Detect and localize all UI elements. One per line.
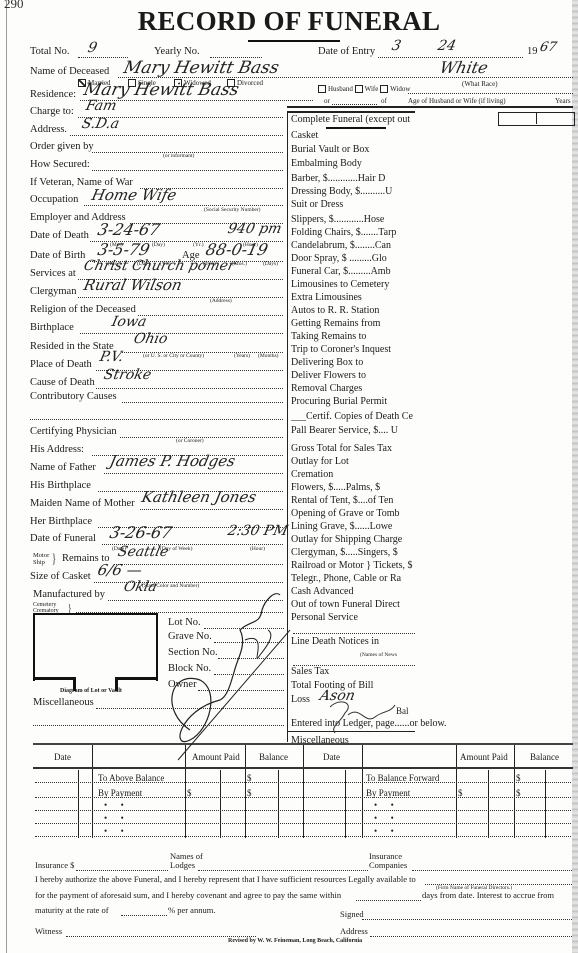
lot-misc-line[interactable] — [96, 707, 284, 709]
checkbox-icon[interactable] — [318, 85, 326, 93]
footer-address-label: Address — [340, 926, 368, 936]
charge-slippers[interactable]: Slippers, $............Hose — [291, 214, 384, 225]
size-of-casket-value[interactable]: 6/6 — — [96, 561, 144, 579]
dollar-sign: $ — [247, 788, 252, 798]
charge-blank-line[interactable] — [293, 632, 415, 634]
days-text: days from date. Interest to accrue from — [422, 890, 554, 900]
charge-autos-rr-station[interactable]: Autos to R. R. Station — [291, 305, 379, 316]
charge-casket[interactable]: Casket — [291, 130, 318, 141]
owner-label: Owner — [168, 679, 197, 690]
caption-years: (Years) — [234, 353, 250, 359]
charge-dressing-body[interactable]: Dressing Body, $..........U — [291, 186, 392, 197]
years-label: Years — [555, 97, 571, 105]
date-of-death-label: Date of Death — [30, 230, 89, 241]
corner-box-divider — [536, 112, 537, 124]
newspaper-caption: (Names of News — [360, 652, 397, 658]
caption-days: (Days) — [263, 261, 278, 267]
date-of-funeral-value[interactable]: 3-26-67 — [108, 523, 174, 542]
charge-shipping[interactable]: Outlay for Shipping Charge — [291, 534, 402, 545]
scan-edge — [572, 0, 578, 953]
charge-burial-vault[interactable]: Burial Vault or Box — [291, 144, 369, 155]
funeral-underline — [326, 127, 386, 129]
ledger-row[interactable] — [35, 796, 571, 798]
dollar-sign: $ — [187, 788, 192, 798]
informant-caption: (or informant) — [163, 153, 194, 159]
charge-getting-remains[interactable]: Getting Remains from — [291, 318, 380, 329]
per-annum-text: % per annum. — [168, 905, 215, 915]
caption-hour: (Hour) — [250, 546, 265, 552]
ledger-left-date-header: Date — [54, 752, 71, 762]
ssn-caption: (Social Security Number) — [204, 207, 261, 213]
authorize-text: I hereby authorize the above Funeral, an… — [35, 874, 416, 884]
ship-label: Ship — [33, 559, 45, 566]
date-of-entry-year[interactable]: 67 — [538, 40, 558, 55]
charge-extra-limousines[interactable]: Extra Limousines — [291, 292, 362, 303]
services-at-value[interactable]: Christ Church pomer — [82, 258, 236, 274]
title-underline — [248, 40, 340, 42]
caption-yr: (Yr.) — [193, 242, 204, 248]
clergyman-line — [78, 296, 283, 298]
charge-coroner-inquest[interactable]: Trip to Coroner's Inquest — [291, 344, 391, 355]
charge-loss[interactable]: Loss — [291, 694, 310, 705]
name-of-father-value[interactable]: James P. Hodges — [108, 452, 237, 470]
caption-months: (Months) — [258, 353, 278, 359]
charge-opening-grave[interactable]: Opening of Grave or Tomb — [291, 508, 400, 519]
services-at-label: Services at — [30, 268, 76, 279]
charge-lining-grave[interactable]: Lining Grave, $......Lowe — [291, 521, 392, 532]
diagram-edge — [115, 677, 157, 680]
form-title: RECORD OF FUNERAL — [0, 6, 578, 37]
col-divider — [92, 745, 93, 838]
col-divider — [303, 745, 304, 838]
charge-funeral-car[interactable]: Funeral Car, $.........Amb — [291, 266, 391, 277]
charge-barber[interactable]: Barber, $............Hair D — [291, 173, 385, 184]
charge-burial-permit[interactable]: Procuring Burial Permit — [291, 396, 387, 407]
ledger-entry-divider — [287, 731, 415, 732]
charge-tickets[interactable]: Railroad or Motor } Tickets, $ — [291, 560, 412, 571]
race-caption: (What Race) — [462, 80, 498, 88]
diagram-caption: Diagram of Lot or Vault — [60, 688, 122, 694]
section-no-label: Section No. — [168, 647, 218, 658]
order-given-by-label: Order given by — [30, 141, 94, 152]
ledger-row[interactable] — [35, 822, 571, 824]
charge-pall-bearer[interactable]: Pall Bearer Service, $.... U — [291, 425, 398, 436]
charge-to-value[interactable]: Fam — [84, 98, 118, 114]
ledger-left-amount-header: Amount Paid — [192, 752, 240, 762]
how-secured-label: How Secured: — [30, 159, 90, 170]
col-divider — [185, 745, 186, 838]
name-of-father-label: Name of Father — [30, 462, 96, 473]
charge-candelabrum[interactable]: Candelabrum, $........Can — [291, 240, 391, 251]
time-of-funeral-value[interactable]: 2:30 PM — [226, 523, 289, 539]
diagram-edge — [33, 677, 75, 680]
residence-label: Residence: — [30, 89, 76, 100]
charge-out-of-town[interactable]: Out of town Funeral Direct — [291, 599, 400, 610]
cause-of-death-label: Cause of Death — [30, 377, 95, 388]
spouse-checkboxes: Husband Wife Widow — [318, 85, 410, 93]
total-no-label: Total No. — [30, 46, 70, 57]
signed-label: Signed — [340, 909, 364, 919]
ledger-right-date-header: Date — [323, 752, 340, 762]
charge-door-spray[interactable]: Door Spray, $ .........Glo — [291, 253, 387, 264]
grave-no-label: Grave No. — [168, 631, 212, 642]
block-no-line[interactable] — [214, 673, 284, 675]
total-no-line — [78, 56, 128, 58]
bal-label: Bal — [396, 706, 409, 716]
name-of-deceased-label: Name of Deceased — [30, 66, 109, 77]
lot-misc-line-2[interactable] — [33, 724, 284, 726]
date-of-death-value[interactable]: 3-24-67 — [96, 220, 162, 239]
address-value[interactable]: S.D.a — [80, 116, 120, 132]
insurance-line[interactable] — [76, 869, 168, 871]
spouse-wife-label: Wife — [365, 85, 379, 93]
religion-line[interactable] — [138, 314, 283, 316]
loss-value[interactable]: Ason — [318, 688, 356, 704]
owner-line[interactable] — [198, 689, 284, 691]
contributory-causes-line[interactable] — [122, 401, 283, 403]
block-no-label: Block No. — [168, 663, 211, 674]
charge-cash-advanced[interactable]: Cash Advanced — [291, 586, 354, 597]
charge-removal[interactable]: Removal Charges — [291, 383, 362, 394]
date-of-entry-day[interactable]: 24 — [436, 38, 457, 54]
charge-death-notices[interactable]: Line Death Notices in — [291, 636, 379, 647]
age-spouse-caption: Age of Husband or Wife (if living) — [408, 97, 506, 105]
maiden-name-label: Maiden Name of Mother — [30, 498, 135, 509]
date-of-birth-value[interactable]: 3-5-79 — [96, 240, 152, 259]
spouse-of: of — [381, 97, 387, 105]
charge-outlay-lot[interactable]: Outlay for Lot — [291, 456, 349, 467]
how-secured-line[interactable] — [92, 169, 283, 171]
col-divider — [362, 745, 363, 838]
coroner-caption: (or Coroner) — [176, 438, 204, 444]
contributory-causes-line-2[interactable] — [30, 418, 283, 420]
charge-personal-service[interactable]: Personal Service — [291, 612, 358, 623]
ledger-row[interactable] — [35, 781, 571, 783]
maturity-text: maturity at the rate of — [35, 905, 109, 915]
grave-no-line[interactable] — [214, 641, 284, 643]
spouse-or: or — [324, 97, 330, 105]
place-of-death-value[interactable]: P.V. — [98, 349, 125, 365]
name-of-deceased-value[interactable]: Mary Hewitt Bass — [122, 58, 281, 78]
charge-rental-tent[interactable]: Rental of Tent, $....of Ten — [291, 495, 393, 506]
resided-value[interactable]: Ohio — [132, 331, 169, 347]
lot-diagram — [33, 613, 158, 681]
witness-label: Witness — [35, 926, 62, 936]
lodges-line[interactable] — [198, 869, 368, 871]
charge-folding-chairs[interactable]: Folding Chairs, $.......Tarp — [291, 227, 396, 238]
cause-of-death-value[interactable]: Stroke — [102, 367, 153, 383]
dollar-sign: $ — [458, 788, 463, 798]
time-of-death-value[interactable]: 940 pm — [226, 221, 283, 237]
certifying-physician-label: Certifying Physician — [30, 426, 117, 437]
dollar-sign: $ — [516, 788, 521, 798]
remains-to-value[interactable]: Seattle — [116, 544, 170, 560]
address-label: Address. — [30, 124, 67, 135]
residence-value[interactable]: Mary Hewitt Bass — [82, 80, 241, 100]
charge-telegram[interactable]: Telegr., Phone, Cable or Ra — [291, 573, 401, 584]
charge-flowers-palms[interactable]: Flowers, $.....Palms, $ — [291, 482, 380, 493]
ledger-row[interactable] — [35, 809, 571, 811]
birthplace-line — [80, 332, 283, 334]
charge-taking-remains[interactable]: Taking Remains to — [291, 331, 366, 342]
ledger-left-balance-header: Balance — [259, 752, 288, 762]
address-line — [70, 134, 283, 136]
spouse-husband-label: Husband — [328, 85, 353, 93]
date-of-entry-month[interactable]: 3 — [390, 38, 402, 54]
companies-label-bottom: Companies — [369, 860, 407, 870]
header-divider — [287, 106, 573, 108]
caption-location: (or U. S. or City or County) — [143, 353, 204, 359]
occupation-value[interactable]: Home Wife — [90, 186, 178, 204]
charge-entered-ledger[interactable]: Entered into Ledger, page......or below. — [291, 718, 447, 729]
lot-no-line[interactable] — [204, 627, 284, 629]
his-birthplace-label: His Birthplace — [30, 480, 91, 491]
charge-death-certificates[interactable]: ___Certif. Copies of Death Ce — [291, 411, 413, 422]
charge-to-label: Charge to: — [30, 106, 74, 117]
charge-cremation[interactable]: Cremation — [291, 469, 333, 480]
date-of-funeral-label: Date of Funeral — [30, 533, 96, 544]
signature-scrawl — [150, 580, 310, 770]
col-divider — [456, 745, 457, 838]
clergyman-label: Clergyman — [30, 286, 76, 297]
charges-box-border — [287, 112, 288, 742]
charge-limousines[interactable]: Limousines to Cemetery — [291, 279, 389, 290]
revised-text: Revised by W. W. Feineman, Long Beach, C… — [228, 938, 362, 944]
age-value[interactable]: 88-0-19 — [204, 240, 270, 259]
manufactured-by-line — [108, 599, 283, 601]
maiden-name-value[interactable]: Kathleen Jones — [140, 488, 258, 506]
page-edge-rule — [6, 0, 7, 953]
manufactured-by-label: Manufactured by — [33, 589, 105, 600]
ledger-right-balance-header: Balance — [530, 752, 559, 762]
occupation-line — [84, 204, 283, 206]
yearly-no-label: Yearly No. — [154, 46, 200, 57]
spouse-name-line[interactable] — [332, 103, 377, 105]
spouse-age-line[interactable] — [408, 92, 573, 94]
place-of-death-label: Place of Death — [30, 359, 92, 370]
birthplace-label: Birthplace — [30, 322, 74, 333]
footer-address-line[interactable] — [370, 935, 572, 937]
insurance-label: Insurance $ — [35, 860, 74, 870]
name-of-father-line — [104, 472, 283, 474]
brace: } — [52, 552, 56, 568]
companies-line[interactable] — [412, 869, 572, 871]
date-of-entry-year-prefix: 19 — [527, 46, 538, 57]
witness-line[interactable] — [66, 935, 256, 937]
caption-day: (Day) — [152, 242, 165, 248]
charge-embalming[interactable]: Embalming Body — [291, 158, 362, 169]
charge-complete-funeral: Complete Funeral (except out — [291, 114, 410, 125]
his-address-label: His Address: — [30, 444, 84, 455]
charges-box-top — [287, 111, 415, 113]
birthplace-value[interactable]: Iowa — [110, 314, 148, 330]
charge-sales-tax[interactable]: Sales Tax — [291, 666, 329, 677]
dollar-sign: $ — [247, 773, 252, 783]
race-value[interactable]: White — [438, 58, 490, 77]
col-divider — [245, 745, 246, 838]
occupation-label: Occupation — [30, 194, 78, 205]
ledger-row[interactable] — [35, 835, 571, 837]
checkbox-icon[interactable] — [355, 85, 363, 93]
ledger-header-border — [33, 767, 573, 769]
lodges-label-bottom: Lodges — [170, 860, 195, 870]
days-line[interactable] — [356, 899, 421, 901]
charge-deliver-flowers[interactable]: Deliver Flowers to — [291, 370, 366, 381]
section-no-line[interactable] — [218, 657, 284, 659]
payment-text: for the payment of aforesaid sum, and I … — [35, 890, 341, 900]
size-of-casket-label: Size of Casket — [30, 571, 91, 582]
col-divider — [514, 745, 515, 838]
checkbox-icon[interactable] — [380, 85, 388, 93]
ledger-right-amount-header: Amount Paid — [460, 752, 508, 762]
address-caption: (Address) — [210, 298, 232, 304]
charge-delivering-box[interactable]: Delivering Box to — [291, 357, 363, 368]
her-birthplace-label: Her Birthplace — [30, 516, 92, 527]
date-of-birth-label: Date of Birth — [30, 250, 85, 261]
charge-clergyman-singers[interactable]: Clergyman, $.....Singers, $ — [291, 547, 398, 558]
charge-gross-total[interactable]: Gross Total for Sales Tax — [291, 443, 392, 454]
signed-line[interactable] — [362, 918, 572, 920]
clergyman-value[interactable]: Rural Wilson — [82, 276, 184, 294]
maiden-name-line — [140, 508, 283, 510]
cause-of-death-line — [96, 387, 283, 389]
date-of-entry-label: Date of Entry — [318, 46, 375, 57]
lot-no-label: Lot No. — [168, 617, 201, 628]
lot-misc-label: Miscellaneous — [33, 697, 94, 708]
total-no-value[interactable]: 9 — [86, 40, 98, 56]
motor-label: Motor — [33, 552, 49, 559]
rate-line[interactable] — [121, 914, 167, 916]
contributory-causes-label: Contributory Causes — [30, 391, 117, 402]
manufactured-by-value[interactable]: Okla — [122, 579, 158, 595]
dollar-sign: $ — [516, 773, 521, 783]
charge-suit-or-dress[interactable]: Suit or Dress — [291, 199, 343, 210]
